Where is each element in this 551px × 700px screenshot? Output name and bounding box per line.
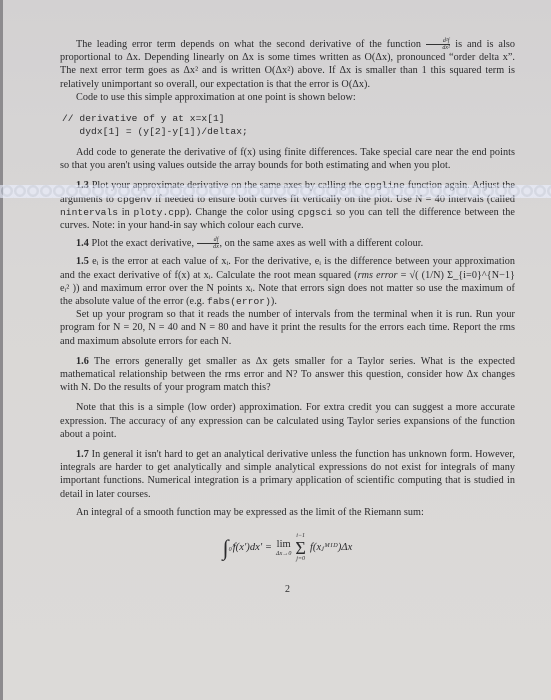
section-1-7: 1.7 In general it isn't hard to get an a… (60, 448, 515, 501)
sum-lower: j=0 (296, 556, 305, 563)
section-number: 1.5 (76, 256, 89, 267)
paragraph-setup-program: Set up your program so that it reads the… (60, 308, 515, 348)
paragraph-note: Note that this is a simple (low order) a… (60, 401, 515, 441)
rms-label: rms error (358, 270, 398, 281)
code-nintervals: nintervals (60, 207, 118, 218)
frac-den: dx² (426, 45, 451, 51)
paragraph-riemann: An integral of a smooth function may be … (60, 506, 515, 519)
section-number: 1.4 (76, 238, 89, 249)
integral-lower: 0 (229, 539, 232, 561)
text: if needed to ensure both curves fit vert… (152, 194, 515, 205)
section-1-6: 1.6 The errors generally get smaller as … (60, 355, 515, 395)
sigma-icon: Σ (295, 540, 306, 556)
summation: i−1 Σ j=0 (295, 533, 306, 563)
code-cpgline: cpgline (364, 180, 405, 191)
section-number: 1.3 (76, 180, 89, 191)
section-1-5: 1.5 eᵢ is the error at each value of xᵢ.… (60, 255, 515, 308)
integral-upper: x (233, 535, 236, 557)
section-number: 1.6 (76, 356, 89, 367)
frac-num: df (197, 237, 220, 244)
code-cpgenv: cpgenv (117, 194, 152, 205)
document-page: The leading error term depends on what t… (60, 38, 515, 596)
text: ). Change the color using (186, 207, 298, 218)
code-fabs: fabs(error) (207, 296, 271, 307)
lim-sub: Δx→0 (276, 551, 291, 558)
integrand: f(x′)dx′ = (233, 541, 272, 554)
code-block: // derivative of y at x=x[1] dydx[1] = (… (62, 112, 515, 138)
section-number: 1.7 (76, 449, 89, 460)
frac-den: dx (197, 244, 220, 250)
code-ploty-cpp: ploty.cpp (133, 207, 185, 218)
text: in (118, 207, 133, 218)
text: ). (271, 296, 277, 307)
section-1-3: 1.3 Plot your approximate derivative on … (60, 179, 515, 232)
summand: f(xⱼᴹᴵᴰ)Δx (310, 541, 352, 554)
lim-text: lim (277, 538, 291, 551)
paragraph-code-intro: Code to use this simple approximation at… (60, 91, 515, 104)
page-left-edge (0, 0, 3, 700)
text: The leading error term depends on what t… (76, 39, 426, 50)
paragraph-error-term: The leading error term depends on what t… (60, 38, 515, 91)
riemann-sum-equation: ∫x0 f(x′)dx′ = lim Δx→0 i−1 Σ j=0 f(xⱼᴹᴵ… (60, 533, 515, 563)
code-cpgsci: cpgsci (298, 207, 333, 218)
text: In general it isn't hard to get an analy… (60, 449, 515, 500)
integral-sign: ∫x0 (223, 537, 229, 559)
text: , on the same axes as well with a differ… (219, 238, 423, 249)
derivative-fraction: dfdx (197, 237, 220, 250)
text: The errors generally get smaller as Δx g… (60, 356, 515, 393)
page-number: 2 (60, 583, 515, 596)
text: Plot the exact derivative, (89, 238, 197, 249)
second-derivative-fraction: d²fdx² (426, 38, 451, 51)
text: Plot your approximate derivative on the … (89, 180, 364, 191)
limit: lim Δx→0 (276, 538, 291, 558)
text: ) and maximum error over the N points xᵢ… (60, 283, 515, 307)
section-1-4: 1.4 Plot the exact derivative, dfdx, on … (60, 237, 515, 250)
frac-num: d²f (426, 38, 451, 45)
paragraph-add-code: Add code to generate the derivative of f… (60, 146, 515, 172)
